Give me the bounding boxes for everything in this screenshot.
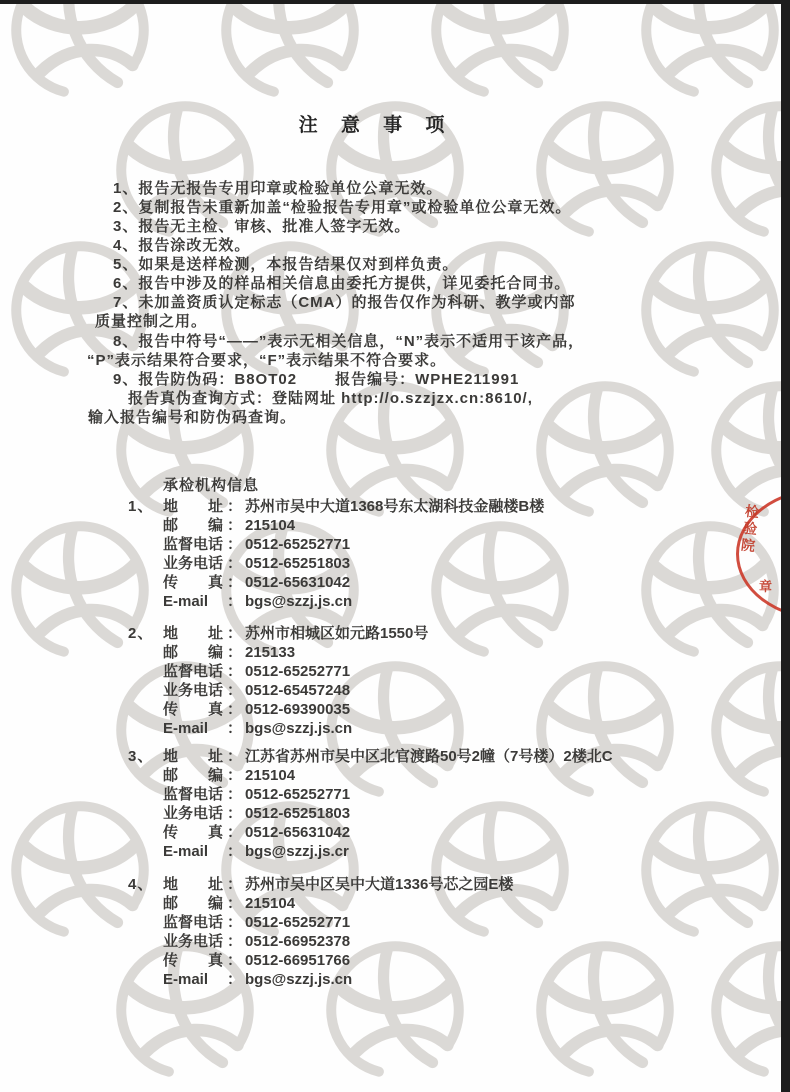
- agency-biz-row: 业务电话：0512-65457248: [163, 679, 350, 700]
- agency-address-row: 地 址：江苏省苏州市吴中区北官渡路50号2幢（7号楼）2楼北C: [163, 745, 613, 766]
- note-text: 如果是送样检测，本报告结果仅对到样负责。: [138, 256, 458, 273]
- note-text: 复制报告未重新加盖“检验报告专用章”或检验单位公章无效。: [138, 199, 571, 216]
- note-item-8-cont: “P”表示结果符合要求，“F”表示结果不符合要求。: [87, 349, 446, 370]
- note-text: 报告无报告专用印章或检验单位公章无效。: [138, 180, 442, 197]
- agency-fax: 0512-65631042: [245, 824, 350, 841]
- note-number: 9、: [113, 371, 138, 388]
- agency-email-row: E-mail：bgs@szzj.js.cr: [163, 840, 349, 861]
- agency-biz-phone: 0512-65457248: [245, 682, 350, 699]
- verify-hint-line: 输入报告编号和防伪码查询。: [88, 406, 296, 427]
- agency-biz-phone: 0512-65251803: [245, 805, 350, 822]
- anti-fake-code: B8OT02: [234, 371, 297, 388]
- note-item-3: 3、报告无主检、审核、批准人签字无效。: [113, 215, 410, 236]
- note-number: 8、: [113, 333, 138, 350]
- agency-zip: 215104: [245, 895, 295, 912]
- agency-address-row: 地 址：苏州市相城区如元路1550号: [163, 622, 428, 643]
- note-number: 7、: [113, 294, 138, 311]
- agency-phone: 0512-65252771: [245, 663, 350, 680]
- agency-email: bgs@szzj.js.cn: [245, 720, 352, 737]
- agency-phone-row: 监督电话：0512-65252771: [163, 660, 350, 681]
- agency-number: 1、: [128, 495, 153, 516]
- agency-phone: 0512-65252771: [245, 914, 350, 931]
- agency-zip: 215104: [245, 767, 295, 784]
- note-item-2: 2、复制报告未重新加盖“检验报告专用章”或检验单位公章无效。: [113, 196, 571, 217]
- agency-number: 2、: [128, 622, 153, 643]
- agency-fax-row: 传 真：0512-66951766: [163, 949, 350, 970]
- note-item-5: 5、如果是送样检测，本报告结果仅对到样负责。: [113, 253, 458, 274]
- agency-phone: 0512-65252771: [245, 786, 350, 803]
- document-page: 注 意 事 项 1、报告无报告专用印章或检验单位公章无效。 2、复制报告未重新加…: [0, 0, 790, 1092]
- agency-phone-row: 监督电话：0512-65252771: [163, 783, 350, 804]
- scan-edge-top: [0, 0, 790, 4]
- note-item-1: 1、报告无报告专用印章或检验单位公章无效。: [113, 177, 442, 198]
- agencies-heading: 承检机构信息: [163, 474, 259, 495]
- stamp-char: 章: [759, 576, 772, 595]
- note-number: 1、: [113, 180, 138, 197]
- note-item-6: 6、报告中涉及的样品相关信息由委托方提供，详见委托合同书。: [113, 272, 570, 293]
- agency-email-row: E-mail：bgs@szzj.js.cn: [163, 717, 352, 738]
- agency-phone-row: 监督电话：0512-65252771: [163, 911, 350, 932]
- agency-address: 江苏省苏州市吴中区北官渡路50号2幢（7号楼）2楼北C: [245, 748, 613, 765]
- agency-email: bgs@szzj.js.cn: [245, 593, 352, 610]
- agency-email: bgs@szzj.js.cn: [245, 971, 352, 988]
- note-item-7-cont: 质量控制之用。: [95, 310, 207, 331]
- note-number: 2、: [113, 199, 138, 216]
- agency-number: 3、: [128, 745, 153, 766]
- agency-biz-row: 业务电话：0512-65251803: [163, 802, 350, 823]
- agency-fax-row: 传 真：0512-65631042: [163, 821, 350, 842]
- report-no: WPHE211991: [415, 371, 519, 388]
- agency-fax: 0512-65631042: [245, 574, 350, 591]
- note-number: 4、: [113, 237, 138, 254]
- agency-zip: 215104: [245, 517, 295, 534]
- agency-fax: 0512-66951766: [245, 952, 350, 969]
- note-item-4: 4、报告涂改无效。: [113, 234, 250, 255]
- agency-address-row: 地 址：苏州市吴中区吴中大道1336号芯之园E楼: [163, 873, 513, 894]
- note-number: 6、: [113, 275, 138, 292]
- scan-edge-right: [781, 0, 790, 1092]
- note-text: 报告中符号“——”表示无相关信息，“N”表示不适用于该产品，: [138, 333, 584, 350]
- agency-fax-row: 传 真：0512-69390035: [163, 698, 350, 719]
- agency-zip: 215133: [245, 644, 295, 661]
- agency-fax: 0512-69390035: [245, 701, 350, 718]
- note-item-8: 8、报告中符号“——”表示无相关信息，“N”表示不适用于该产品，: [113, 330, 584, 351]
- note-text: 未加盖资质认定标志（CMA）的报告仅作为科研、教学或内部: [138, 294, 575, 311]
- agency-phone-row: 监督电话：0512-65252771: [163, 533, 350, 554]
- agency-biz-phone: 0512-65251803: [245, 555, 350, 572]
- agency-biz-row: 业务电话：0512-66952378: [163, 930, 350, 951]
- agency-number: 4、: [128, 873, 153, 894]
- agency-phone: 0512-65252771: [245, 536, 350, 553]
- text-layer: 注 意 事 项 1、报告无报告专用印章或检验单位公章无效。 2、复制报告未重新加…: [0, 0, 790, 1092]
- red-seal-stamp: 检验院 章: [731, 486, 781, 622]
- agency-address: 苏州市吴中区吴中大道1336号芯之园E楼: [245, 876, 513, 893]
- agency-address-row: 地 址：苏州市吴中大道1368号东太湖科技金融楼B楼: [163, 495, 544, 516]
- agency-zip-row: 邮 编：215104: [163, 764, 295, 785]
- note-item-7: 7、未加盖资质认定标志（CMA）的报告仅作为科研、教学或内部: [113, 291, 576, 312]
- agency-email-row: E-mail：bgs@szzj.js.cn: [163, 590, 352, 611]
- note-number: 5、: [113, 256, 138, 273]
- page-title: 注 意 事 项: [0, 110, 752, 137]
- agency-email: bgs@szzj.js.cr: [245, 843, 349, 860]
- agency-biz-phone: 0512-66952378: [245, 933, 350, 950]
- agency-zip-row: 邮 编：215104: [163, 892, 295, 913]
- anti-fake-code-label: 报告防伪码：: [138, 371, 234, 388]
- agency-email-row: E-mail：bgs@szzj.js.cn: [163, 968, 352, 989]
- verify-url-line: 报告真伪查询方式：登陆网址 http://o.szzjzx.cn:8610/,: [128, 387, 533, 408]
- note-text: 报告无主检、审核、批准人签字无效。: [138, 218, 410, 235]
- agency-biz-row: 业务电话：0512-65251803: [163, 552, 350, 573]
- agency-address: 苏州市相城区如元路1550号: [245, 625, 428, 642]
- agency-zip-row: 邮 编：215104: [163, 514, 295, 535]
- note-text: 报告涂改无效。: [138, 237, 250, 254]
- note-number: 3、: [113, 218, 138, 235]
- agency-address: 苏州市吴中大道1368号东太湖科技金融楼B楼: [245, 498, 544, 515]
- note-item-9: 9、报告防伪码：B8OT02报告编号：WPHE211991: [113, 368, 519, 389]
- agency-zip-row: 邮 编：215133: [163, 641, 295, 662]
- note-text: 报告中涉及的样品相关信息由委托方提供，详见委托合同书。: [138, 275, 570, 292]
- agency-fax-row: 传 真：0512-65631042: [163, 571, 350, 592]
- report-no-label: 报告编号：: [335, 371, 415, 388]
